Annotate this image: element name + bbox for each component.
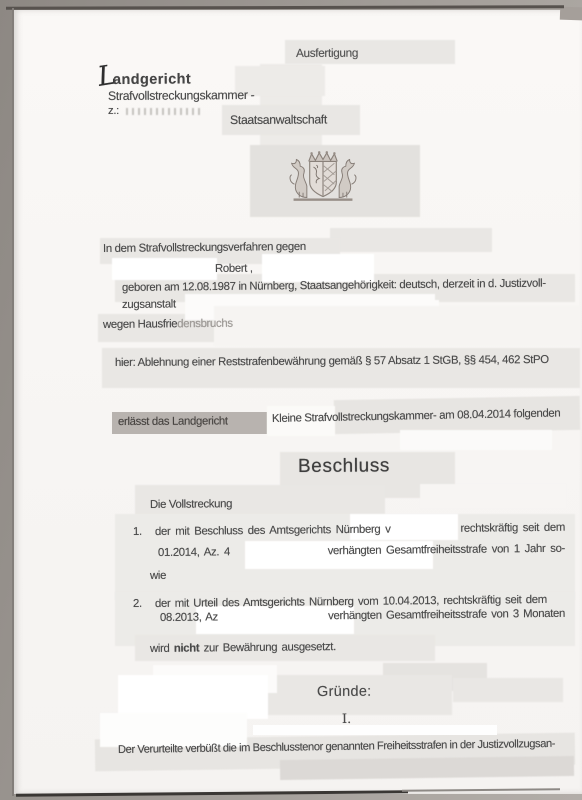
list-item-1-number: 1. <box>133 526 142 538</box>
offense-line: wegen Hausfriedensbruchs <box>103 318 233 331</box>
offense-visible: wegen Hausfrie <box>103 318 177 331</box>
verdict-line: wird nicht zur Bewährung ausgesetzt. <box>150 641 336 655</box>
item1-line1-right: rechtskräftig seit dem <box>460 522 565 535</box>
item1-line2-right: verhängten Gesamtfreiheitsstrafe von 1 J… <box>328 543 565 557</box>
item1-line1-left: der mit Beschluss des Amtsgerichts Nürnb… <box>155 524 391 538</box>
scan-artifact-band <box>280 756 574 780</box>
scanner-corner-gap <box>560 7 582 21</box>
issuance-left: erlässt das Landgericht <box>118 415 228 428</box>
scanned-document-page: Ausfertigung L andgericht Strafvollstrec… <box>14 10 582 794</box>
reasons-heading: Gründe: <box>317 684 372 700</box>
verdict-emphasis: nicht <box>174 642 200 654</box>
decision-heading: Beschluss <box>298 455 390 478</box>
scanner-edge-left <box>12 8 14 796</box>
item2-line2-left: 08.2013, Az <box>160 611 218 624</box>
redaction-patch <box>420 484 566 508</box>
redaction-patch <box>112 258 217 280</box>
court-name: andgericht <box>113 71 191 88</box>
item1-line2-left: 01.2014, Az. 4 <box>158 546 230 559</box>
chamber-line: Strafvollstreckungskammer - <box>108 88 254 103</box>
scan-artifact-band <box>330 228 492 252</box>
birth-info-continuation: zugsanstalt <box>122 298 176 311</box>
redaction-patch <box>262 254 374 282</box>
offense-faded: densbruchs <box>177 318 233 331</box>
defendant-name: Robert , <box>215 263 253 275</box>
faded-reference-dots <box>126 108 204 115</box>
copy-stamp-label: Ausfertigung <box>296 46 358 60</box>
proceedings-intro-line: In dem Strafvollstreckungsverfahren gege… <box>103 241 306 255</box>
scan-artifact-band <box>453 678 563 702</box>
tenor-lead: Die Vollstreckung <box>150 498 232 511</box>
recipient-label: Staatsanwaltschaft <box>230 112 327 127</box>
verdict-pre: wird <box>150 643 174 655</box>
file-reference: z.: <box>108 105 119 117</box>
redaction-patch <box>253 725 497 735</box>
redaction-patch <box>214 306 580 346</box>
item2-line2-right: verhängten Gesamtfreiheitsstrafe von 3 M… <box>328 608 565 622</box>
list-item-1-line-3: wie <box>150 570 166 582</box>
verdict-post: zur Bewährung ausgesetzt. <box>199 641 336 654</box>
bavarian-coat-of-arms-icon <box>280 150 366 207</box>
list-item-2-number: 2. <box>133 598 142 610</box>
redaction-patch <box>400 430 552 450</box>
reasons-section-number: I. <box>342 712 351 727</box>
